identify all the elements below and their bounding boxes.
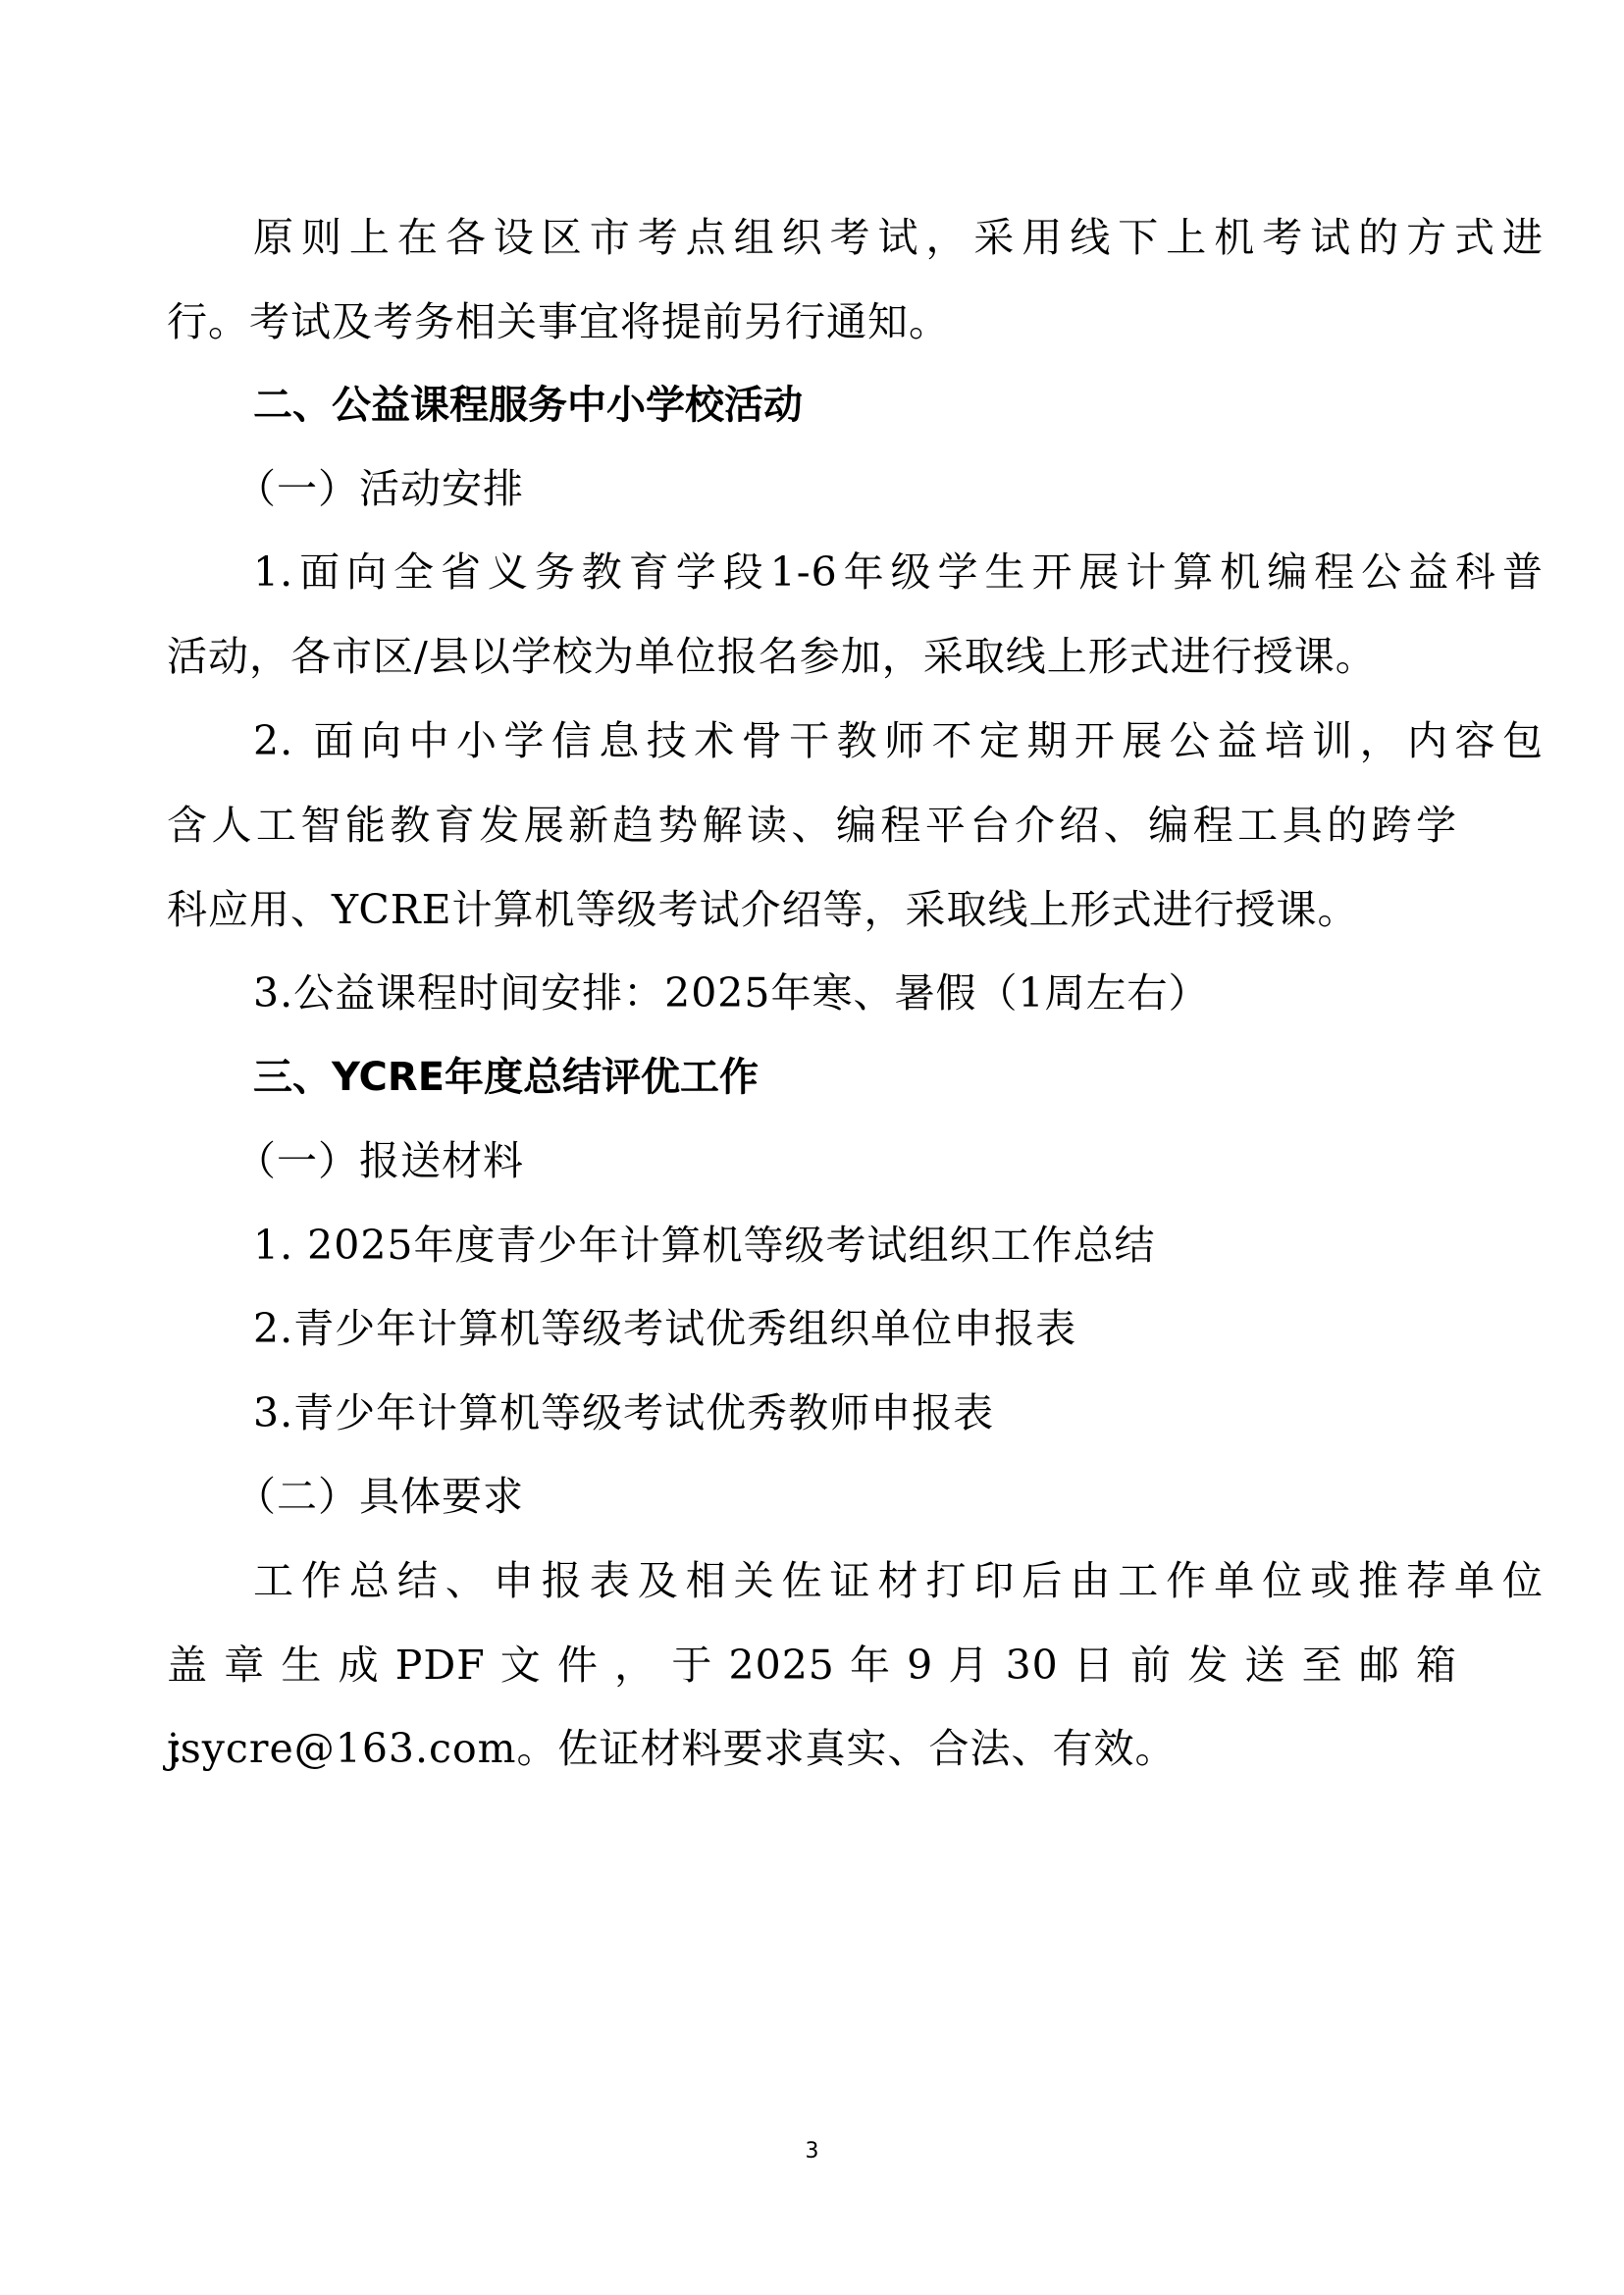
list-item-1-line-2: 活动，各市区/县以学校为单位报名参加，采取线上形式进行授课。	[167, 614, 1457, 699]
subsection-heading-requirements: （二）具体要求	[236, 1454, 1526, 1539]
list-item-3: 3.公益课程时间安排：2025年寒、暑假（1周左右）	[253, 951, 1544, 1035]
list-item-2-line-3: 科应用、YCRE计算机等级考试介绍等，采取线上形式进行授课。	[167, 867, 1457, 952]
requirements-line-1: 工作总结、申报表及相关佐证材打印后由工作单位或推荐单位	[253, 1539, 1544, 1623]
subsection-heading-submission-materials: （一）报送材料	[236, 1119, 1526, 1203]
material-item-1: 1. 2025年度青少年计算机等级考试组织工作总结	[253, 1203, 1544, 1287]
section-heading-3: 三、YCRE年度总结评优工作	[253, 1035, 1544, 1120]
section-heading-2: 二、公益课程服务中小学校活动	[253, 363, 1544, 447]
requirements-line-3-email: jsycre@163.com。佐证材料要求真实、合法、有效。	[167, 1706, 1457, 1791]
subsection-heading-activity-arrangement: （一）活动安排	[236, 446, 1526, 531]
list-item-1-line-1: 1.面向全省义务教育学段1-6年级学生开展计算机编程公益科普	[253, 530, 1544, 614]
document-page: 原则上在各设区市考点组织考试，采用线下上机考试的方式进 行。考试及考务相关事宜将…	[0, 0, 1624, 2295]
material-item-3: 3.青少年计算机等级考试优秀教师申报表	[253, 1371, 1544, 1455]
list-item-2-line-2: 含人工智能教育发展新趋势解读、编程平台介绍、编程工具的跨学	[167, 783, 1457, 867]
paragraph-exam-organization-line-2: 行。考试及考务相关事宜将提前另行通知。	[167, 280, 1457, 364]
material-item-2: 2.青少年计算机等级考试优秀组织单位申报表	[253, 1286, 1544, 1371]
page-number: 3	[0, 2139, 1624, 2164]
list-item-2-line-1: 2. 面向中小学信息技术骨干教师不定期开展公益培训，内容包	[253, 699, 1544, 783]
paragraph-exam-organization-line-1: 原则上在各设区市考点组织考试，采用线下上机考试的方式进	[253, 195, 1544, 280]
requirements-line-2: 盖 章 生 成 PDF 文 件 ， 于 2025 年 9 月 30 日 前 发 …	[167, 1623, 1457, 1707]
